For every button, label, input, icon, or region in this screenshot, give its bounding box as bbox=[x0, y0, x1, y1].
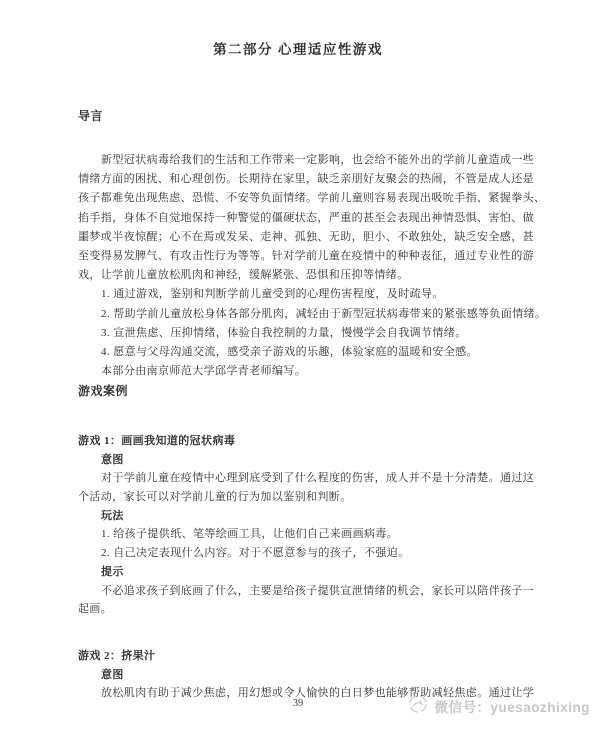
goal-item: 3. 宣泄焦虑、压抑情绪，体验自我控制的力量，慢慢学会自我调节情绪。 bbox=[78, 324, 526, 343]
game-2-title: 游戏 2：挤果汁 bbox=[78, 647, 526, 666]
text-line: 对于学前儿童在疫情中心理到底受到了什么程度的伤害，成人并不是十分清楚。通过这 bbox=[78, 469, 526, 488]
goal-item: 4. 愿意与父母沟通交流，感受亲子游戏的乐趣，体验家庭的温暖和安全感。 bbox=[78, 343, 526, 362]
intro-heading: 导言 bbox=[78, 107, 103, 124]
play-step: 1. 给孩子提供纸、笔等绘画工具，让他们自己来画画病毒。 bbox=[78, 525, 526, 544]
watermark-text: 微信号：yuesaozhixing bbox=[434, 696, 590, 716]
text-line: 掐手指，身体不自觉地保持一种警觉的僵硬状态，严重的甚至会表现出神情恐惧、害怕、做 bbox=[78, 209, 526, 228]
text-line: 至变得易发脾气、有攻击性行为等等。针对学前儿童在疫情中的种种表征，通过专业性的游 bbox=[78, 247, 526, 266]
goal-item: 1. 通过游戏，鉴别和判断学前儿童受到的心理伤害程度，及时疏导。 bbox=[78, 285, 526, 304]
page-title: 第二部分 心理适应性游戏 bbox=[0, 38, 596, 58]
game-1-section: 游戏 1：画画我知道的冠状病毒 意图 对于学前儿童在疫情中心理到底受到了什么程度… bbox=[78, 432, 526, 619]
game-1-tip-label: 提示 bbox=[78, 563, 526, 582]
text-line: 新型冠状病毒给我们的生活和工作带来一定影响，也会给不能外出的学前儿童造成一些 bbox=[78, 151, 526, 170]
text-line: 个活动，家长可以对学前儿童的行为加以鉴别和判断。 bbox=[78, 488, 526, 507]
text-line: 不必追求孩子到底画了什么，主要是给孩子提供宣泄情绪的机会，家长可以陪伴孩子一 bbox=[78, 582, 526, 601]
text-line: 戏，让学前儿童放松肌肉和神经，缓解紧张、恐惧和压抑等情绪。 bbox=[78, 266, 526, 285]
text-line: 噩梦或半夜惊醒；心不在焉或发呆、走神、孤独、无助，胆小、不敢独处，缺乏安全感，甚 bbox=[78, 228, 526, 247]
author-credit: 本部分由南京师范大学邱学青老师编写。 bbox=[78, 362, 526, 381]
watermark: 微信号：yuesaozhixing bbox=[407, 693, 590, 718]
game-2-intent-label: 意图 bbox=[78, 666, 526, 685]
text-line: 情绪方面的困扰、和心理创伤。长期待在家里，缺乏亲朋好友聚会的热闹，不管是成人还是 bbox=[78, 170, 526, 189]
text-line: 起画。 bbox=[78, 600, 526, 619]
document-page: 第二部分 心理适应性游戏 导言 新型冠状病毒给我们的生活和工作带来一定影响，也会… bbox=[0, 0, 596, 732]
wechat-account-logo-icon bbox=[407, 693, 429, 718]
game-1-play-label: 玩法 bbox=[78, 507, 526, 526]
goal-item: 2. 帮助学前儿童放松身体各部分肌肉，减轻由于新型冠状病毒带来的紧张感等负面情绪… bbox=[78, 305, 526, 324]
game-1-title: 游戏 1：画画我知道的冠状病毒 bbox=[78, 432, 526, 451]
text-line: 孩子都难免出现焦虑、恐慌、不安等负面情绪。学前儿童则容易表现出吸吮手指、紧握拳头… bbox=[78, 189, 526, 208]
game-1-intent-label: 意图 bbox=[78, 451, 526, 470]
cases-heading: 游戏案例 bbox=[78, 382, 128, 399]
intro-paragraph: 新型冠状病毒给我们的生活和工作带来一定影响，也会给不能外出的学前儿童造成一些 情… bbox=[78, 151, 526, 381]
play-step: 2. 自己决定表现什么内容。对于不愿意参与的孩子，不强迫。 bbox=[78, 544, 526, 563]
